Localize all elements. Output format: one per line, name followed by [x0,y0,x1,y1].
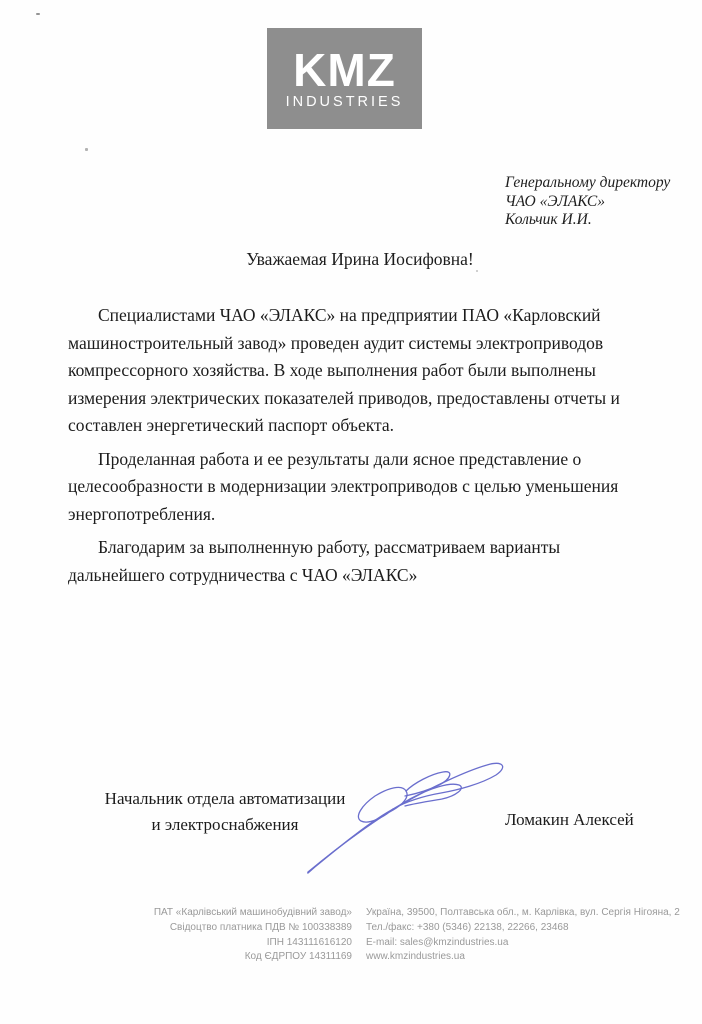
recipient-block: Генеральному директору ЧАО «ЭЛАКС» Кольч… [505,174,670,230]
footer-edrpou-code: Код ЄДРПОУ 14311169 [60,950,352,965]
footer-contact-details: Україна, 39500, Полтавська обл., м. Карл… [366,906,680,965]
recipient-company: ЧАО «ЭЛАКС» [505,193,670,212]
footer-address: Україна, 39500, Полтавська обл., м. Карл… [366,906,680,921]
logo-subtitle-text: INDUSTRIES [286,94,404,110]
footer-company-details: ПАТ «Карлівський машинобудівний завод» С… [60,906,352,965]
footer-vat-certificate: Свідоцтво платника ПДВ № 100338389 [60,921,352,936]
salutation: Уважаемая Ирина Иосифовна! [68,249,652,270]
footer-tax-number: ІПН 143111616120 [60,936,352,951]
company-logo: KMZ INDUSTRIES [267,28,422,129]
paragraph-results: Проделанная работа и ее результаты дали … [68,446,654,529]
handwritten-signature [292,746,510,896]
footer-email: E-mail: sales@kmzindustries.ua [366,936,680,951]
scan-artifact [476,270,478,272]
scan-artifact [85,148,88,151]
scan-artifact [36,13,40,15]
letter-page: KMZ INDUSTRIES Генеральному директору ЧА… [0,0,702,1024]
paragraph-audit: Специалистами ЧАО «ЭЛАКС» на предприятии… [68,302,654,440]
footer-website: www.kmzindustries.ua [366,950,680,965]
signer-name: Ломакин Алексей [505,810,634,830]
footer-company-name: ПАТ «Карлівський машинобудівний завод» [60,906,352,921]
logo-brand-text: KMZ [293,47,396,93]
paragraph-thanks: Благодарим за выполненную работу, рассма… [68,534,654,589]
letter-body: Специалистами ЧАО «ЭЛАКС» на предприятии… [68,302,654,595]
footer-phone: Тел./факс: +380 (5346) 22138, 22266, 234… [366,921,680,936]
recipient-title: Генеральному директору [505,174,670,193]
recipient-person: Кольчик И.И. [505,211,670,230]
